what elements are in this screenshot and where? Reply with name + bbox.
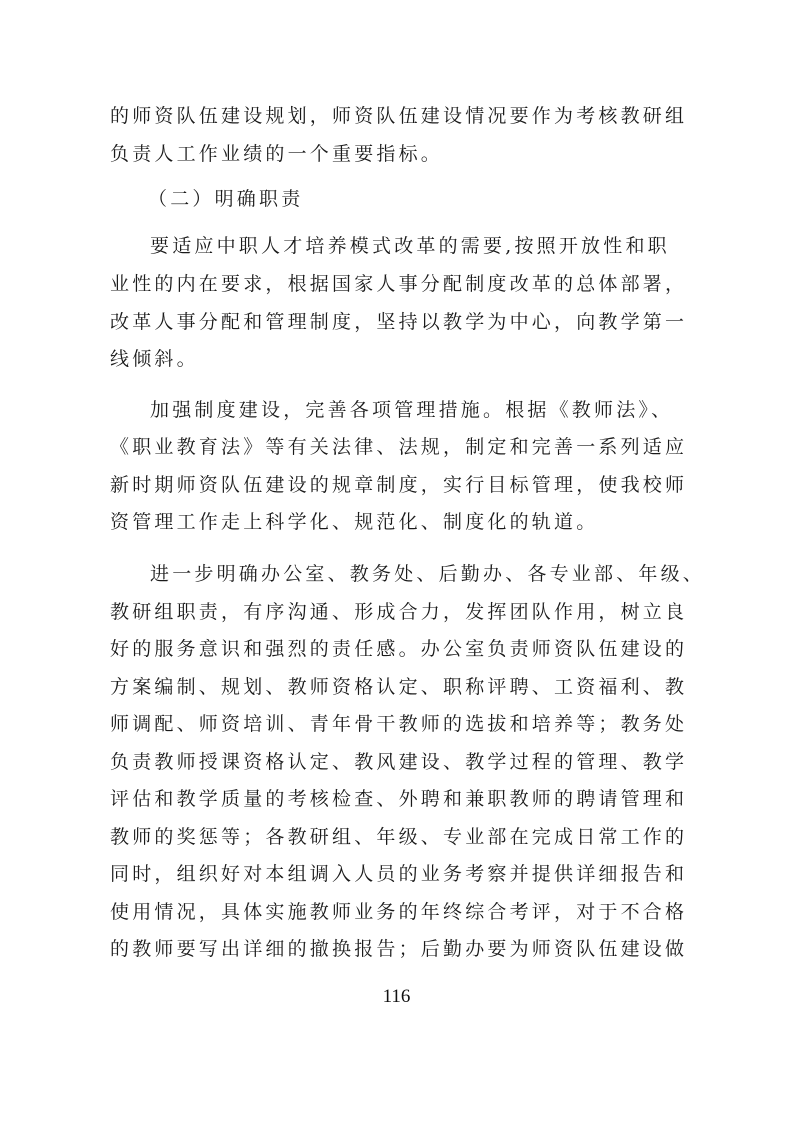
page-number: 116 xyxy=(0,986,793,1008)
text-line: 同时，组织好对本组调入人员的业务考察并提供详细报告和 xyxy=(110,856,680,893)
document-page: 的师资队伍建设规划，师资队伍建设情况要作为考核教研组负责人工作业绩的一个重要指标… xyxy=(0,0,793,1122)
text-line: 加强制度建设，完善各项管理措施。根据《教师法》、 xyxy=(150,392,680,429)
text-line: 的师资队伍建设规划，师资队伍建设情况要作为考核教研组 xyxy=(110,98,680,135)
text-line: 的教师要写出详细的撤换报告；后勤办要为师资队伍建设做 xyxy=(110,931,680,968)
text-line: 负责教师授课资格认定、教风建设、教学过程的管理、教学 xyxy=(110,744,680,781)
section-heading: （二）明确职责 xyxy=(148,181,718,218)
text-line: 负责人工作业绩的一个重要指标。 xyxy=(110,136,680,173)
text-line: 好的服务意识和强烈的责任感。办公室负责师资队伍建设的 xyxy=(110,631,680,668)
text-line: 方案编制、规划、教师资格认定、职称评聘、工资福利、教 xyxy=(110,669,680,706)
text-line: 教师的奖惩等；各教研组、年级、专业部在完成日常工作的 xyxy=(110,819,680,856)
text-line: 教研组职责，有序沟通、形成合力，发挥团队作用，树立良 xyxy=(110,594,680,631)
text-line: 新时期师资队伍建设的规章制度，实行目标管理，使我校师 xyxy=(110,467,680,504)
text-line: 使用情况，具体实施教师业务的年终综合考评，对于不合格 xyxy=(110,894,680,931)
text-line: 资管理工作走上科学化、规范化、制度化的轨道。 xyxy=(110,504,680,541)
text-line: 改革人事分配和管理制度，坚持以教学为中心，向教学第一 xyxy=(110,304,680,341)
text-line: 线倾斜。 xyxy=(110,341,680,378)
text-line: 要适应中职人才培养模式改革的需要,按照开放性和职 xyxy=(150,228,680,265)
text-line: 《职业教育法》等有关法律、法规，制定和完善一系列适应 xyxy=(110,429,680,466)
text-line: 评估和教学质量的考核检查、外聘和兼职教师的聘请管理和 xyxy=(110,781,680,818)
text-line: 业性的内在要求，根据国家人事分配制度改革的总体部署， xyxy=(110,266,680,303)
text-line: 进一步明确办公室、教务处、后勤办、各专业部、年级、 xyxy=(150,556,680,593)
text-line: 师调配、师资培训、青年骨干教师的选拔和培养等；教务处 xyxy=(110,706,680,743)
